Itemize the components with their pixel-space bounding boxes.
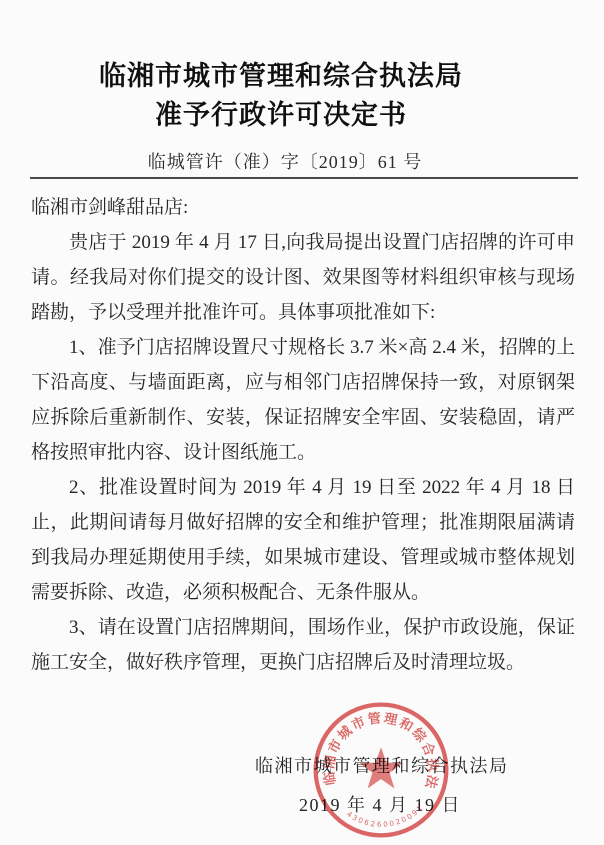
document-number: 临城管许（准）字〔2019〕61 号 bbox=[0, 148, 604, 174]
paragraph-intro: 贵店于 2019 年 4 月 17 日,向我局提出设置门店招牌的许可申请。经我局… bbox=[31, 225, 575, 330]
document-page: 临湘市城市管理和综合执法局 准予行政许可决定书 临城管许（准）字〔2019〕61… bbox=[0, 0, 604, 845]
addressee-line: 临湘市剑峰甜品店: bbox=[31, 190, 575, 225]
paragraph-item-3: 3、请在设置门店招牌期间，围场作业，保护市政设施，保证施工安全，做好秩序管理，更… bbox=[31, 610, 575, 680]
svg-text:临湘市城市管理和综合执法局: 临湘市城市管理和综合执法局 bbox=[310, 699, 442, 792]
paragraph-item-1: 1、准予门店招牌设置尺寸规格长 3.7 米×高 2.4 米，招牌的上下沿高度、与… bbox=[31, 330, 575, 470]
header-divider bbox=[30, 177, 578, 179]
document-title: 临湘市城市管理和综合执法局 准予行政许可决定书 bbox=[0, 0, 604, 135]
signature-date: 2019 年 4 月 19 日 bbox=[299, 791, 461, 817]
title-line-1: 临湘市城市管理和综合执法局 bbox=[0, 57, 562, 96]
paragraph-item-2: 2、批准设置时间为 2019 年 4 月 19 日至 2022 年 4 月 18… bbox=[31, 470, 575, 610]
document-body: 临湘市剑峰甜品店: 贵店于 2019 年 4 月 17 日,向我局提出设置门店招… bbox=[31, 190, 575, 680]
title-line-2: 准予行政许可决定书 bbox=[0, 96, 562, 135]
signature-org: 临湘市城市管理和综合执法局 bbox=[255, 752, 509, 778]
stamp-ring-text: 临湘市城市管理和综合执法局 bbox=[310, 699, 442, 792]
